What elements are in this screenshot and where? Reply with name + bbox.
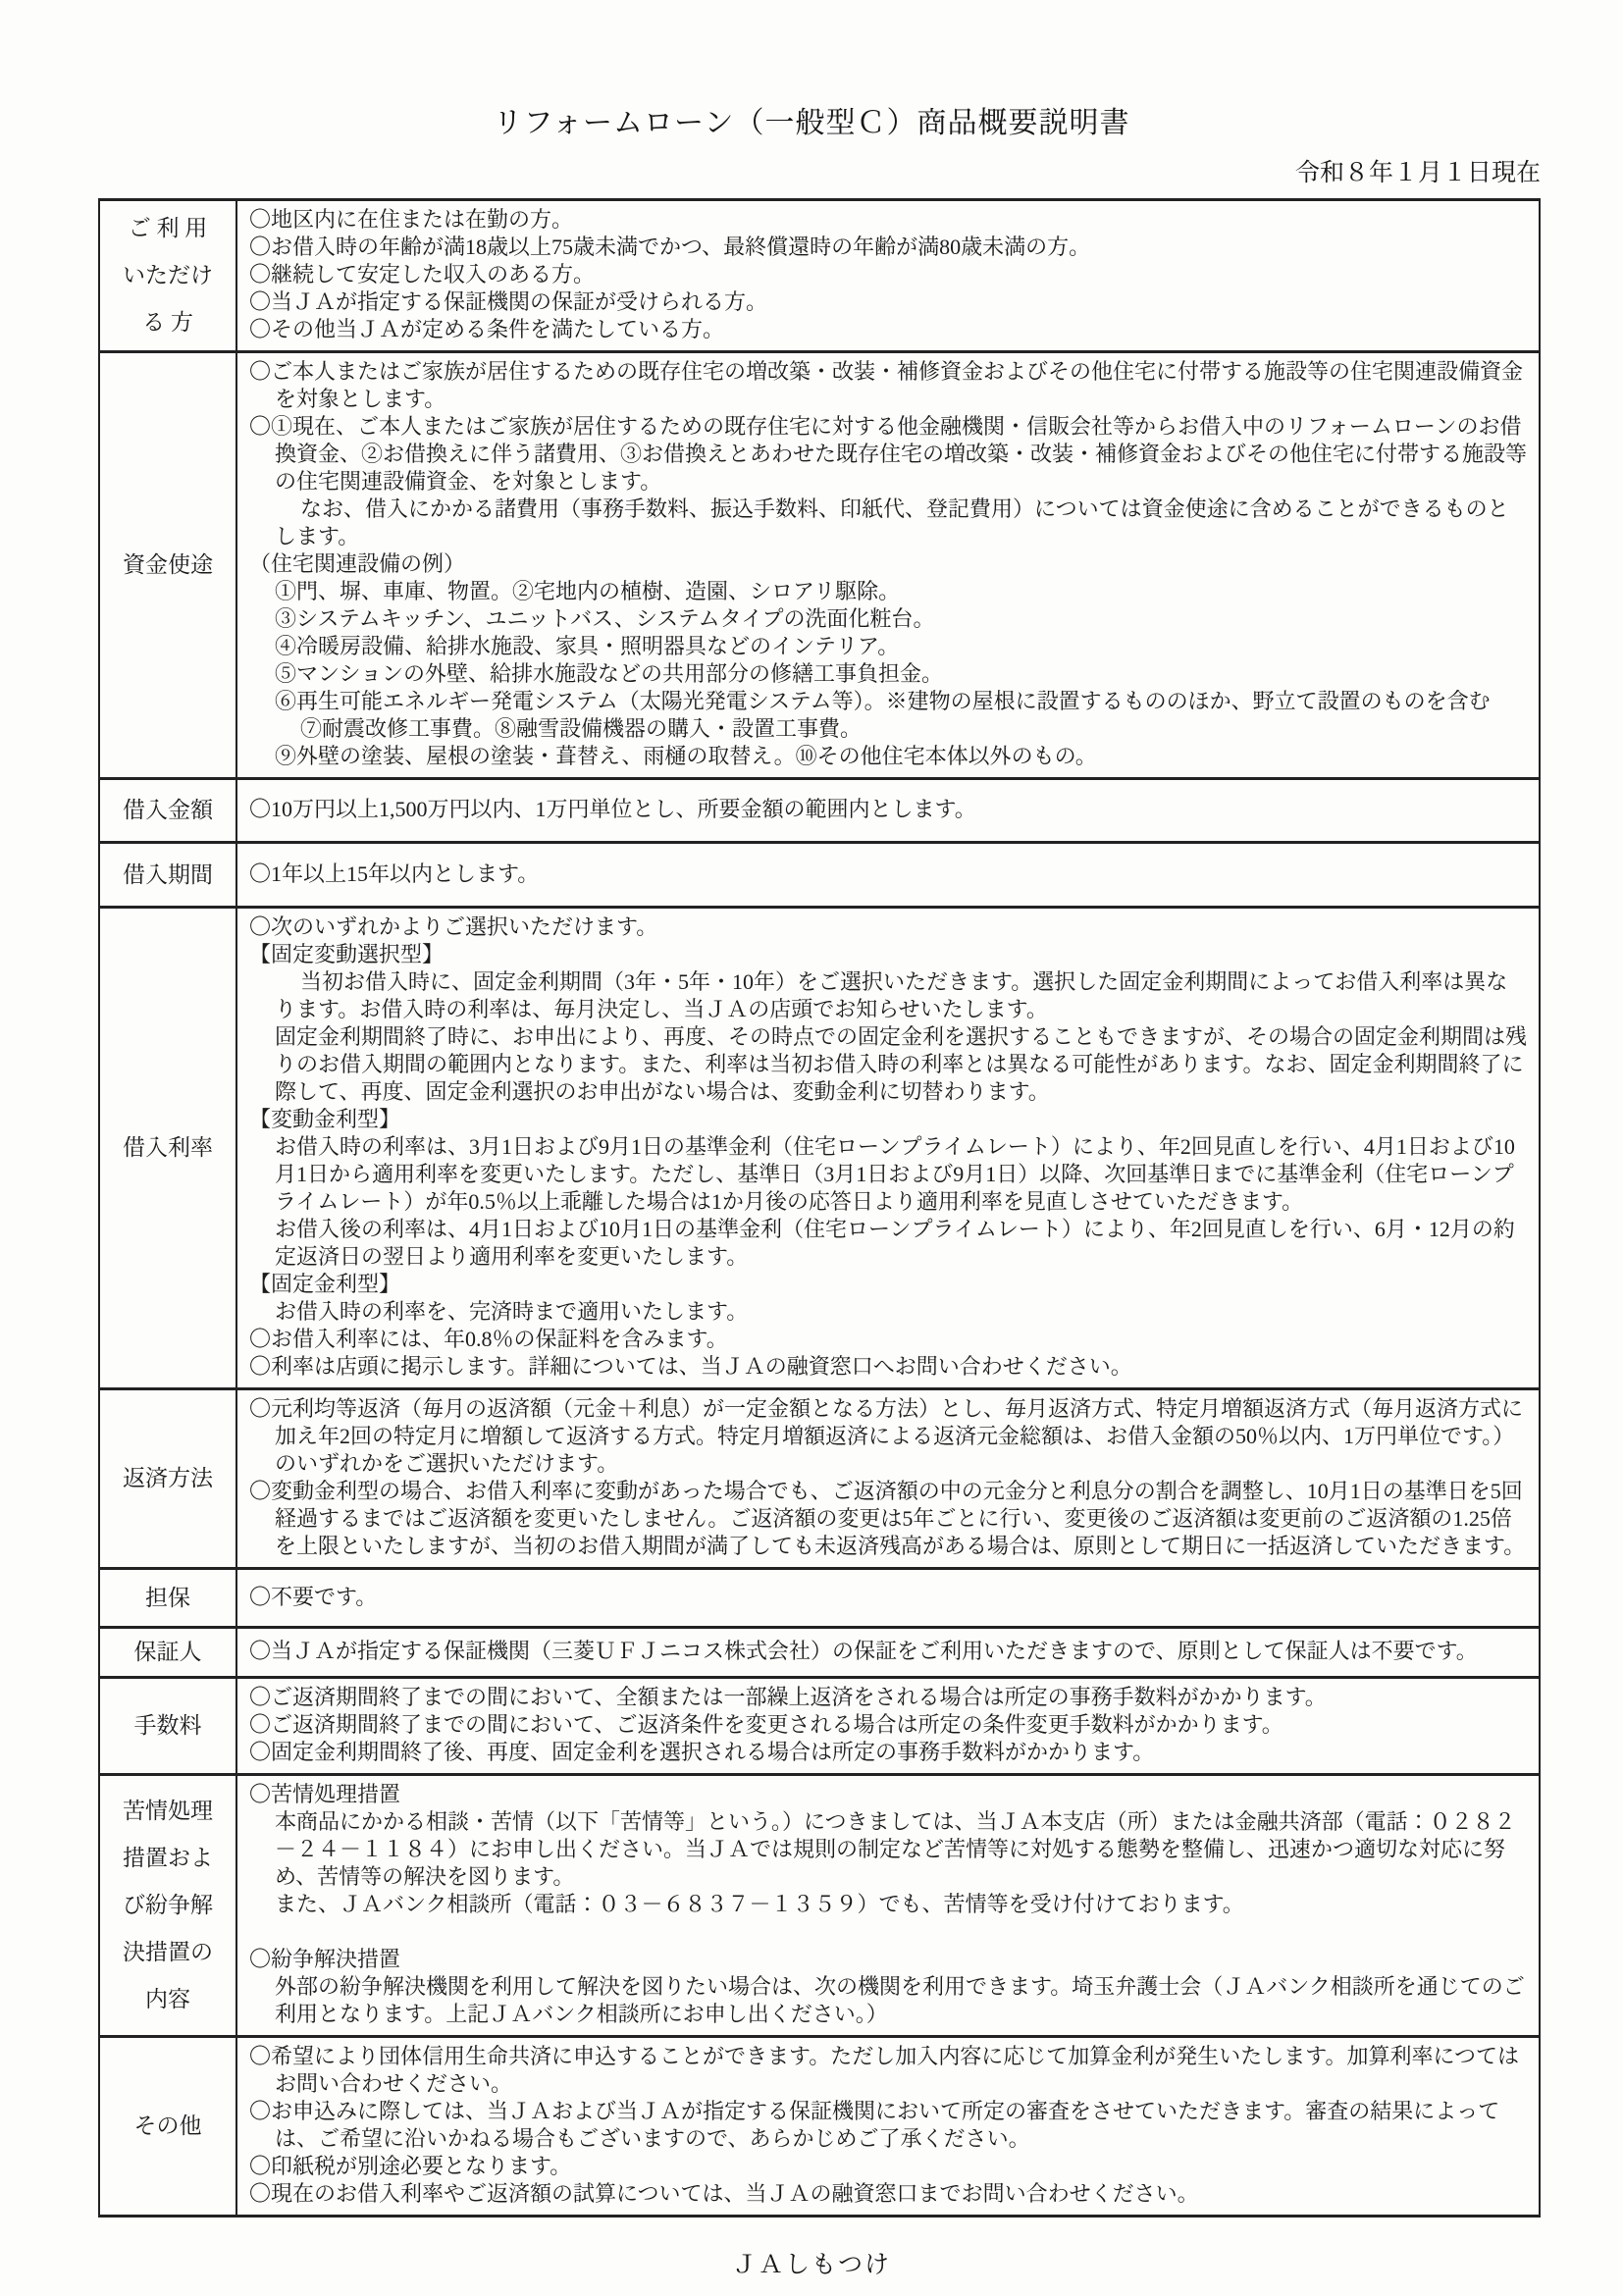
content-line: お借入時の利率は、3月1日および9月1日の基準金利（住宅ローンプライムレート）に… [249, 1133, 1529, 1216]
row-content-loan-term: 〇1年以上15年以内とします。 [236, 843, 1540, 908]
content-line: 〇その他当ＪＡが定める条件を満たしている方。 [249, 316, 1529, 343]
content-line: 【固定金利型】 [249, 1271, 1529, 1298]
content-line: ①門、塀、車庫、物置。②宅地内の植樹、造園、シロアリ駆除。 [249, 578, 1529, 605]
row-label-line: 決措置の [104, 1929, 232, 1976]
row-label-other: その他 [99, 2037, 236, 2217]
row-label-line: び紛争解 [104, 1882, 232, 1929]
row-label-collateral: 担保 [99, 1569, 236, 1628]
row-label-line: いただけ [104, 252, 232, 299]
row-label-line: 資金使途 [104, 550, 232, 580]
content-line: 〇当ＪＡが指定する保証機関の保証が受けられる方。 [249, 288, 1529, 316]
content-line: 本商品にかかる相談・苦情（以下「苦情等」という。）につきましては、当ＪＡ本支店（… [249, 1808, 1529, 1891]
content-line: ③システムキッチン、ユニットバス、システムタイプの洗面化粧台。 [249, 605, 1529, 633]
row-label: 手数料 [104, 1711, 232, 1741]
content-line: 〇当ＪＡが指定する保証機関（三菱ＵＦＪニコス株式会社）の保証をご利用いただきます… [249, 1638, 1529, 1665]
content-line: 外部の紛争解決機関を利用して解決を図りたい場合は、次の機関を利用できます。埼玉弁… [249, 1973, 1529, 2028]
row-label-fees: 手数料 [99, 1678, 236, 1775]
row-label: 返済方法 [104, 1464, 232, 1493]
content-line: 〇お申込みに際しては、当ＪＡおよび当ＪＡが指定する保証機関において所定の審査をさ… [249, 2098, 1529, 2153]
content-line: 〇10万円以上1,500万円以内、1万円単位とし、所要金額の範囲内とします。 [249, 796, 1529, 823]
content-line: また、ＪＡバンク相談所（電話：０３－６８３７－１３５９）でも、苦情等を受け付けて… [249, 1891, 1529, 1918]
table-row: 借入金額〇10万円以上1,500万円以内、1万円単位とし、所要金額の範囲内としま… [99, 779, 1540, 843]
document-page: リフォームローン（一般型Ｃ）商品概要説明書 令和８年１月１日現在 ご 利 用いた… [0, 0, 1623, 2296]
row-label-line: 措置およ [104, 1835, 232, 1882]
content-line: ④冷暖房設備、給排水施設、家具・照明器具などのインテリア。 [249, 633, 1529, 660]
row-label-loan-amount: 借入金額 [99, 779, 236, 843]
content-line: なお、借入にかかる諸費用（事務手数料、振込手数料、印紙代、登記費用）については資… [249, 496, 1529, 550]
content-line: 〇紛争解決措置 [249, 1946, 1529, 1973]
content-line: お借入後の利率は、4月1日および10月1日の基準金利（住宅ローンプライムレート）… [249, 1216, 1529, 1271]
row-label-line: 手数料 [104, 1711, 232, 1741]
row-label-eligibility: ご 利 用いただける 方 [99, 200, 236, 352]
row-label-repayment: 返済方法 [99, 1389, 236, 1569]
content-line: 固定金利期間終了時に、お申出により、再度、その時点での固定金利を選択することもで… [249, 1023, 1529, 1106]
table-row: 苦情処理措置および紛争解決措置の内容〇苦情処理措置本商品にかかる相談・苦情（以下… [99, 1775, 1540, 2037]
content-line: ⑨外壁の塗装、屋根の塗装・葺替え、雨樋の取替え。⑩その他住宅本体以外のもの。 [249, 743, 1529, 770]
row-label-line: 借入金額 [104, 796, 232, 825]
table-row: 担保〇不要です。 [99, 1569, 1540, 1628]
table-row: 手数料〇ご返済期間終了までの間において、全額または一部繰上返済をされる場合は所定… [99, 1678, 1540, 1775]
spec-table-body: ご 利 用いただける 方〇地区内に在住または在勤の方。〇お借入時の年齢が満18歳… [99, 200, 1540, 2217]
content-line: 〇ご返済期間終了までの間において、全額または一部繰上返済をされる場合は所定の事務… [249, 1684, 1529, 1711]
row-label-guarantor: 保証人 [99, 1628, 236, 1678]
row-content-eligibility: 〇地区内に在住または在勤の方。〇お借入時の年齢が満18歳以上75歳未満でかつ、最… [236, 200, 1540, 352]
row-content-funds-use: 〇ご本人またはご家族が居住するための既存住宅の増改築・改装・補修資金およびその他… [236, 352, 1540, 779]
content-line: 〇お借入時の年齢が満18歳以上75歳未満でかつ、最終償還時の年齢が満80歳未満の… [249, 234, 1529, 261]
content-line: 〇苦情処理措置 [249, 1781, 1529, 1808]
row-label: 保証人 [104, 1638, 232, 1667]
content-line: 〇希望により団体信用生命共済に申込することができます。ただし加入内容に応じて加算… [249, 2043, 1529, 2098]
content-line: お借入時の利率を、完済時まで適用いたします。 [249, 1298, 1529, 1326]
issuer-name: ＪＡしもつけ [0, 2245, 1623, 2280]
table-row: ご 利 用いただける 方〇地区内に在住または在勤の方。〇お借入時の年齢が満18歳… [99, 200, 1540, 352]
row-content-complaints: 〇苦情処理措置本商品にかかる相談・苦情（以下「苦情等」という。）につきましては、… [236, 1775, 1540, 2037]
as-of-date: 令和８年１月１日現在 [0, 153, 1623, 188]
row-label-loan-term: 借入期間 [99, 843, 236, 908]
table-row: 保証人〇当ＪＡが指定する保証機関（三菱ＵＦＪニコス株式会社）の保証をご利用いただ… [99, 1628, 1540, 1678]
content-line: 〇不要です。 [249, 1584, 1529, 1611]
row-content-loan-amount: 〇10万円以上1,500万円以内、1万円単位とし、所要金額の範囲内とします。 [236, 779, 1540, 843]
content-line: （住宅関連設備の例） [249, 550, 1529, 578]
row-label: 担保 [104, 1584, 232, 1613]
content-line: 〇印紙税が別途必要となります。 [249, 2153, 1529, 2180]
row-label-line: 返済方法 [104, 1464, 232, 1493]
table-row: 資金使途〇ご本人またはご家族が居住するための既存住宅の増改築・改装・補修資金およ… [99, 352, 1540, 779]
content-line: 【変動金利型】 [249, 1106, 1529, 1133]
row-label-interest-rate: 借入利率 [99, 908, 236, 1389]
table-row: 返済方法〇元利均等返済（毎月の返済額（元金＋利息）が一定金額となる方法）とし、毎… [99, 1389, 1540, 1569]
page-title: リフォームローン（一般型Ｃ）商品概要説明書 [0, 0, 1623, 141]
content-line: 〇1年以上15年以内とします。 [249, 861, 1529, 888]
content-line: 〇利率は店頭に掲示します。詳細については、当ＪＡの融資窓口へお問い合わせください… [249, 1353, 1529, 1381]
content-line: 〇次のいずれかよりご選択いただけます。 [249, 913, 1529, 941]
content-line: 〇継続して安定した収入のある方。 [249, 261, 1529, 288]
row-label-line: 内容 [104, 1976, 232, 2023]
content-line: 〇固定金利期間終了後、再度、固定金利を選択される場合は所定の事務手数料がかかりま… [249, 1739, 1529, 1766]
content-line: 【固定変動選択型】 [249, 941, 1529, 968]
row-label-funds-use: 資金使途 [99, 352, 236, 779]
content-line: 〇変動金利型の場合、お借入利率に変動があった場合でも、ご返済額の中の元金分と利息… [249, 1478, 1529, 1560]
content-line: 当初お借入時に、固定金利期間（3年・5年・10年）をご選択いただきます。選択した… [249, 968, 1529, 1023]
row-label: 借入金額 [104, 796, 232, 825]
row-label-complaints: 苦情処理措置および紛争解決措置の内容 [99, 1775, 236, 2037]
row-label: 資金使途 [104, 550, 232, 580]
row-label: ご 利 用いただける 方 [104, 205, 232, 346]
row-content-interest-rate: 〇次のいずれかよりご選択いただけます。【固定変動選択型】当初お借入時に、固定金利… [236, 908, 1540, 1389]
row-label-line: 担保 [104, 1584, 232, 1613]
content-line: ⑥再生可能エネルギー発電システム（太陽光発電システム等）。※建物の屋根に設置する… [249, 688, 1529, 743]
row-label: 借入期間 [104, 861, 232, 890]
row-label-line: その他 [104, 2112, 232, 2141]
content-line: 〇元利均等返済（毎月の返済額（元金＋利息）が一定金額となる方法）とし、毎月返済方… [249, 1395, 1529, 1478]
content-line [249, 1918, 1529, 1946]
content-line: 〇お借入利率には、年0.8％の保証料を含みます。 [249, 1326, 1529, 1353]
row-label: 苦情処理措置および紛争解決措置の内容 [104, 1788, 232, 2023]
table-row: 借入利率〇次のいずれかよりご選択いただけます。【固定変動選択型】当初お借入時に、… [99, 908, 1540, 1389]
row-label-line: 借入利率 [104, 1133, 232, 1163]
content-line: 〇現在のお借入利率やご返済額の試算については、当ＪＡの融資窓口までお問い合わせく… [249, 2180, 1529, 2208]
row-content-fees: 〇ご返済期間終了までの間において、全額または一部繰上返済をされる場合は所定の事務… [236, 1678, 1540, 1775]
row-content-guarantor: 〇当ＪＡが指定する保証機関（三菱ＵＦＪニコス株式会社）の保証をご利用いただきます… [236, 1628, 1540, 1678]
content-line: 〇①現在、ご本人またはご家族が居住するための既存住宅に対する他金融機関・信販会社… [249, 413, 1529, 496]
content-line: 〇地区内に在住または在勤の方。 [249, 206, 1529, 234]
row-label: その他 [104, 2112, 232, 2141]
row-label-line: ご 利 用 [104, 205, 232, 252]
table-row: その他〇希望により団体信用生命共済に申込することができます。ただし加入内容に応じ… [99, 2037, 1540, 2217]
table-row: 借入期間〇1年以上15年以内とします。 [99, 843, 1540, 908]
row-label-line: 借入期間 [104, 861, 232, 890]
row-label-line: る 方 [104, 299, 232, 346]
content-line: ⑤マンションの外壁、給排水施設などの共用部分の修繕工事負担金。 [249, 660, 1529, 688]
row-label-line: 苦情処理 [104, 1788, 232, 1835]
row-content-collateral: 〇不要です。 [236, 1569, 1540, 1628]
row-content-repayment: 〇元利均等返済（毎月の返済額（元金＋利息）が一定金額となる方法）とし、毎月返済方… [236, 1389, 1540, 1569]
row-content-other: 〇希望により団体信用生命共済に申込することができます。ただし加入内容に応じて加算… [236, 2037, 1540, 2217]
content-line: 〇ご本人またはご家族が居住するための既存住宅の増改築・改装・補修資金およびその他… [249, 358, 1529, 413]
row-label-line: 保証人 [104, 1638, 232, 1667]
product-spec-table: ご 利 用いただける 方〇地区内に在住または在勤の方。〇お借入時の年齢が満18歳… [98, 198, 1541, 2218]
row-label: 借入利率 [104, 1133, 232, 1163]
content-line: 〇ご返済期間終了までの間において、ご返済条件を変更される場合は所定の条件変更手数… [249, 1711, 1529, 1739]
